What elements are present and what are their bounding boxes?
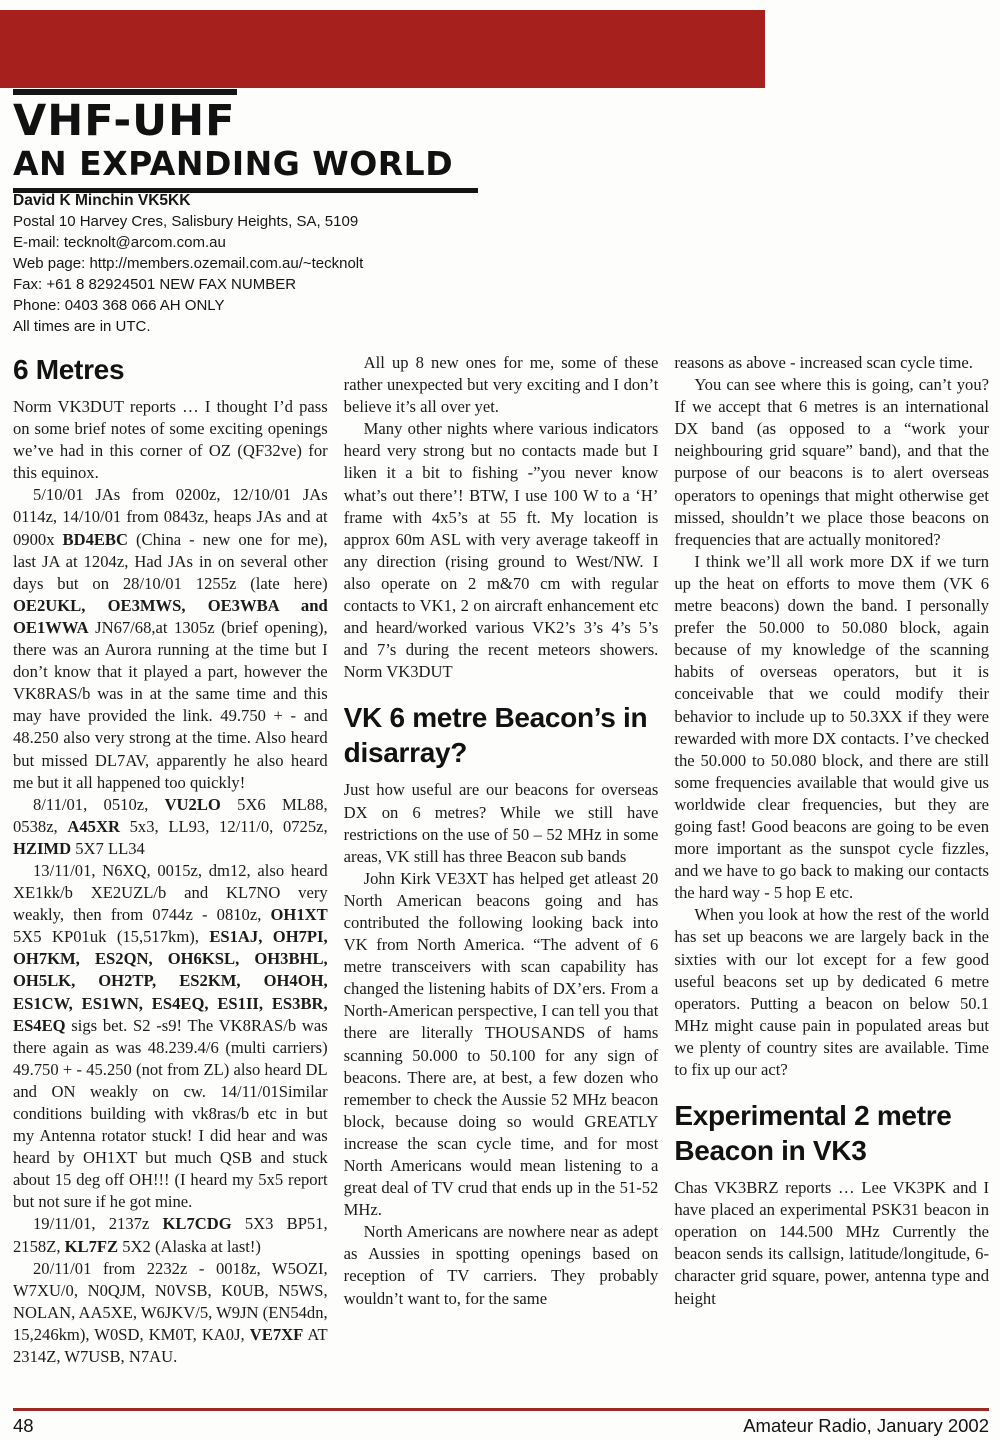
paragraph: Norm VK3DUT reports … I thought I’d pass… [13,396,328,484]
author-contact-line: Web page: http://members.ozemail.com.au/… [13,253,363,274]
section-heading: Experimental 2 metre Beacon in VK3 [674,1098,989,1168]
paragraph: I think we’ll all work more DX if we tur… [674,551,989,905]
article-column: 6 MetresNorm VK3DUT reports … I thought … [13,352,328,1400]
author-contact-line: Postal 10 Harvey Cres, Salisbury Heights… [13,211,363,232]
author-contact-lines: Postal 10 Harvey Cres, Salisbury Heights… [13,211,363,337]
section-heading: VK 6 metre Beacon’s in disarray? [344,700,659,770]
paragraph: Chas VK3BRZ reports … Lee VK3PK and I ha… [674,1177,989,1310]
paragraph: Many other nights where various indicato… [344,418,659,683]
paragraph: North Americans are nowhere near as adep… [344,1221,659,1309]
paragraph: reasons as above - increased scan cycle … [674,352,989,374]
masthead: VHF-UHF AN EXPANDING WORLD [13,89,478,193]
paragraph: 5/10/01 JAs from 0200z, 12/10/01 JAs 011… [13,484,328,793]
page-number: 48 [13,1415,34,1437]
paragraph: You can see where this is going, can’t y… [674,374,989,551]
magazine-page: VHF-UHF AN EXPANDING WORLD David K Minch… [0,0,1000,1440]
page-subtitle: AN EXPANDING WORLD [13,146,478,182]
masthead-rule-top [13,89,237,95]
footer-rule [13,1408,989,1411]
author-block: David K Minchin VK5KK Postal 10 Harvey C… [13,190,363,337]
masthead-red-bar [0,10,765,88]
article-column: All up 8 new ones for me, some of these … [344,352,659,1400]
paragraph: 19/11/01, 2137z KL7CDG 5X3 BP51, 2158Z, … [13,1213,328,1257]
journal-title: Amateur Radio, January 2002 [743,1415,989,1437]
paragraph: All up 8 new ones for me, some of these … [344,352,659,418]
paragraph: Just how useful are our beacons for over… [344,779,659,867]
article-columns: 6 MetresNorm VK3DUT reports … I thought … [13,352,989,1400]
author-contact-line: Fax: +61 8 82924501 NEW FAX NUMBER [13,274,363,295]
section-heading: 6 Metres [13,352,328,387]
paragraph: When you look at how the rest of the wor… [674,904,989,1081]
page-title: VHF-UHF [13,98,478,144]
author-contact-line: E-mail: tecknolt@arcom.com.au [13,232,363,253]
paragraph: John Kirk VE3XT has helped get atleast 2… [344,868,659,1222]
article-column: reasons as above - increased scan cycle … [674,352,989,1400]
footer: 48 Amateur Radio, January 2002 [13,1415,989,1437]
paragraph: 20/11/01 from 2232z - 0018z, W5OZI, W7XU… [13,1258,328,1368]
paragraph: 8/11/01, 0510z, VU2LO 5X6 ML88, 0538z, A… [13,794,328,860]
author-contact-line: Phone: 0403 368 066 AH ONLY [13,295,363,316]
author-contact-line: All times are in UTC. [13,316,363,337]
author-name: David K Minchin VK5KK [13,190,363,211]
paragraph: 13/11/01, N6XQ, 0015z, dm12, also heard … [13,860,328,1214]
